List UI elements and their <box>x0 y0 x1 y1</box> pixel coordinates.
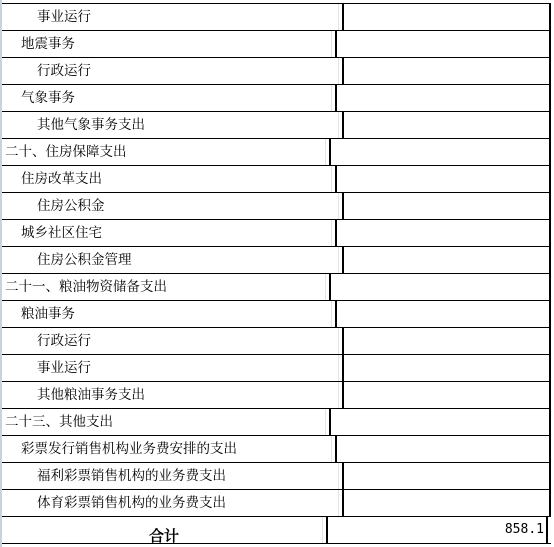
table-row: 二十三、其他支出 <box>2 409 551 436</box>
item-name-cell[interactable]: 事业运行 <box>2 4 342 30</box>
table-row: 住房公积金管理 <box>2 247 551 274</box>
amount-cell[interactable] <box>342 58 551 84</box>
amount-cell[interactable] <box>342 490 551 516</box>
amount-cell[interactable] <box>342 355 551 381</box>
table-row: 地震事务 <box>2 31 551 58</box>
item-name-cell[interactable]: 体育彩票销售机构的业务费支出 <box>2 490 342 516</box>
amount-cell[interactable] <box>342 463 551 489</box>
table-row: 行政运行 <box>2 58 551 85</box>
table-row: 粮油事务 <box>2 301 551 328</box>
item-name-cell[interactable]: 粮油事务 <box>2 301 335 327</box>
item-name-cell[interactable]: 行政运行 <box>2 58 342 84</box>
item-name-cell[interactable]: 二十、住房保障支出 <box>2 139 329 165</box>
item-name-cell[interactable]: 其他气象事务支出 <box>2 112 342 138</box>
table-row: 福利彩票销售机构的业务费支出 <box>2 463 551 490</box>
table-row: 事业运行 <box>2 3 551 31</box>
item-name-cell[interactable]: 住房改革支出 <box>2 166 335 192</box>
amount-cell[interactable] <box>342 4 551 30</box>
amount-cell[interactable] <box>342 112 551 138</box>
item-name-cell[interactable]: 福利彩票销售机构的业务费支出 <box>2 463 342 489</box>
amount-cell[interactable] <box>335 85 551 111</box>
item-name-cell[interactable]: 住房公积金管理 <box>2 247 342 273</box>
table-row: 二十、住房保障支出 <box>2 139 551 166</box>
total-label: 合计 <box>2 517 326 543</box>
table-row: 城乡社区住宅 <box>2 220 551 247</box>
table-row: 二十一、粮油物资储备支出 <box>2 274 551 301</box>
item-name-cell[interactable]: 二十一、粮油物资储备支出 <box>2 274 329 300</box>
amount-cell[interactable] <box>342 247 551 273</box>
amount-cell[interactable] <box>329 274 551 300</box>
table-row: 事业运行 <box>2 355 551 382</box>
table-row: 行政运行 <box>2 328 551 355</box>
table-row: 住房改革支出 <box>2 166 551 193</box>
table-row: 其他粮油事务支出 <box>2 382 551 409</box>
amount-cell[interactable] <box>335 220 551 246</box>
item-name-cell[interactable]: 住房公积金 <box>2 193 342 219</box>
item-name-cell[interactable]: 事业运行 <box>2 355 342 381</box>
total-amount[interactable]: 858.1 <box>326 517 548 543</box>
table-row: 彩票发行销售机构业务费安排的支出 <box>2 436 551 463</box>
item-name-cell[interactable]: 彩票发行销售机构业务费安排的支出 <box>2 436 335 462</box>
table-row: 体育彩票销售机构的业务费支出 <box>2 490 551 517</box>
item-name-cell[interactable]: 二十三、其他支出 <box>2 409 329 435</box>
amount-cell[interactable] <box>329 139 551 165</box>
table-row: 气象事务 <box>2 85 551 112</box>
amount-cell[interactable] <box>342 193 551 219</box>
total-row: 合计 858.1 <box>2 517 551 544</box>
item-name-cell[interactable]: 城乡社区住宅 <box>2 220 335 246</box>
amount-cell[interactable] <box>335 166 551 192</box>
amount-cell[interactable] <box>335 436 551 462</box>
item-name-cell[interactable]: 地震事务 <box>2 31 335 57</box>
amount-cell[interactable] <box>335 31 551 57</box>
amount-cell[interactable] <box>335 301 551 327</box>
item-name-cell[interactable]: 行政运行 <box>2 328 342 354</box>
amount-cell[interactable] <box>342 328 551 354</box>
item-name-cell[interactable]: 气象事务 <box>2 85 335 111</box>
table-row: 其他气象事务支出 <box>2 112 551 139</box>
expenditure-table: 事业运行 地震事务 行政运行 气象事务 其他气象事务支出 二十、住房保障支出 住… <box>2 3 551 544</box>
amount-cell[interactable] <box>329 409 551 435</box>
table-row: 住房公积金 <box>2 193 551 220</box>
item-name-cell[interactable]: 其他粮油事务支出 <box>2 382 342 408</box>
amount-cell[interactable] <box>342 382 551 408</box>
